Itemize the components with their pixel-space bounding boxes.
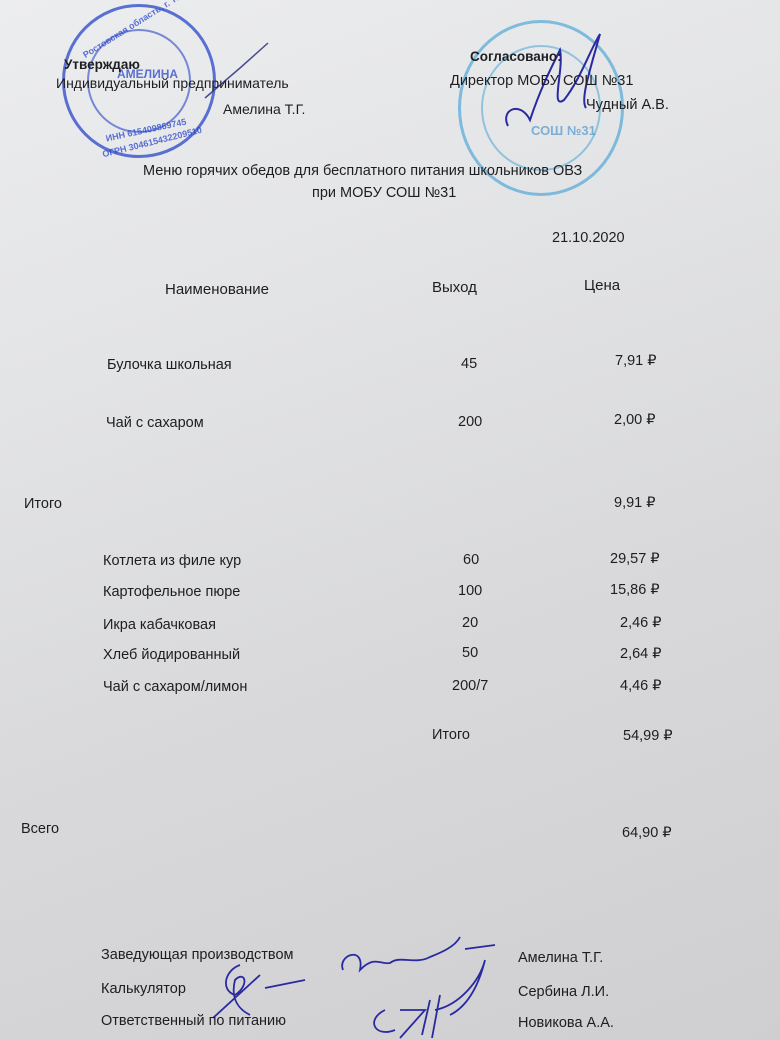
document-date: 21.10.2020 [552,231,625,246]
signature-role: Калькулятор [101,982,186,997]
row-yield: 200 [458,415,482,430]
signature-name: Новикова А.А. [518,1016,614,1031]
row-price: 29,57 ₽ [610,552,660,567]
header-yield: Выход [432,280,477,295]
row-price: 7,91 ₽ [615,354,656,369]
grand-total-price: 64,90 ₽ [622,826,672,841]
breakfast-total-label: Итого [24,497,62,512]
signature-role: Заведующая производством [101,948,294,963]
approval-right-name: Чудный А.В. [586,98,669,113]
row-name: Чай с сахаром [106,416,204,431]
row-yield: 200/7 [452,679,488,694]
signature-role: Ответственный по питанию [101,1014,286,1029]
header-price: Цена [584,278,620,293]
signature-calculator [205,960,315,1020]
row-price: 2,46 ₽ [620,616,661,631]
signature-nutrition [360,950,500,1040]
document-title-line1: Меню горячих обедов для бесплатного пита… [143,164,582,179]
row-price: 2,64 ₽ [620,647,661,662]
row-yield: 20 [462,616,478,631]
signature-name: Амелина Т.Г. [518,951,603,966]
row-name: Картофельное пюре [103,585,240,600]
row-price: 15,86 ₽ [610,583,660,598]
approval-left-name: Амелина Т.Г. [223,102,305,116]
approval-left-position: Индивидуальный предприниматель [56,76,289,90]
approval-left-label: Утверждаю [64,58,140,72]
header-name: Наименование [165,282,269,297]
row-name: Булочка школьная [107,358,232,373]
grand-total-label: Всего [21,822,59,837]
approval-right-label: Согласовано: [470,50,562,64]
row-name: Хлеб йодированный [103,648,240,663]
row-price: 2,00 ₽ [614,413,655,428]
signature-left-top [200,38,270,108]
row-yield: 60 [463,553,479,568]
row-yield: 45 [461,357,477,372]
signature-name: Сербина Л.И. [518,985,609,1000]
row-name: Котлета из филе кур [103,554,241,569]
row-yield: 50 [462,646,478,661]
row-price: 4,46 ₽ [620,679,661,694]
lunch-total-price: 54,99 ₽ [623,729,673,744]
breakfast-total-price: 9,91 ₽ [614,496,655,511]
document-title-line2: при МОБУ СОШ №31 [312,186,456,201]
approval-right-position: Директор МОБУ СОШ №31 [450,74,633,89]
row-name: Чай с сахаром/лимон [103,680,247,695]
row-name: Икра кабачковая [103,618,216,633]
row-yield: 100 [458,584,482,599]
lunch-total-label: Итого [432,728,470,743]
